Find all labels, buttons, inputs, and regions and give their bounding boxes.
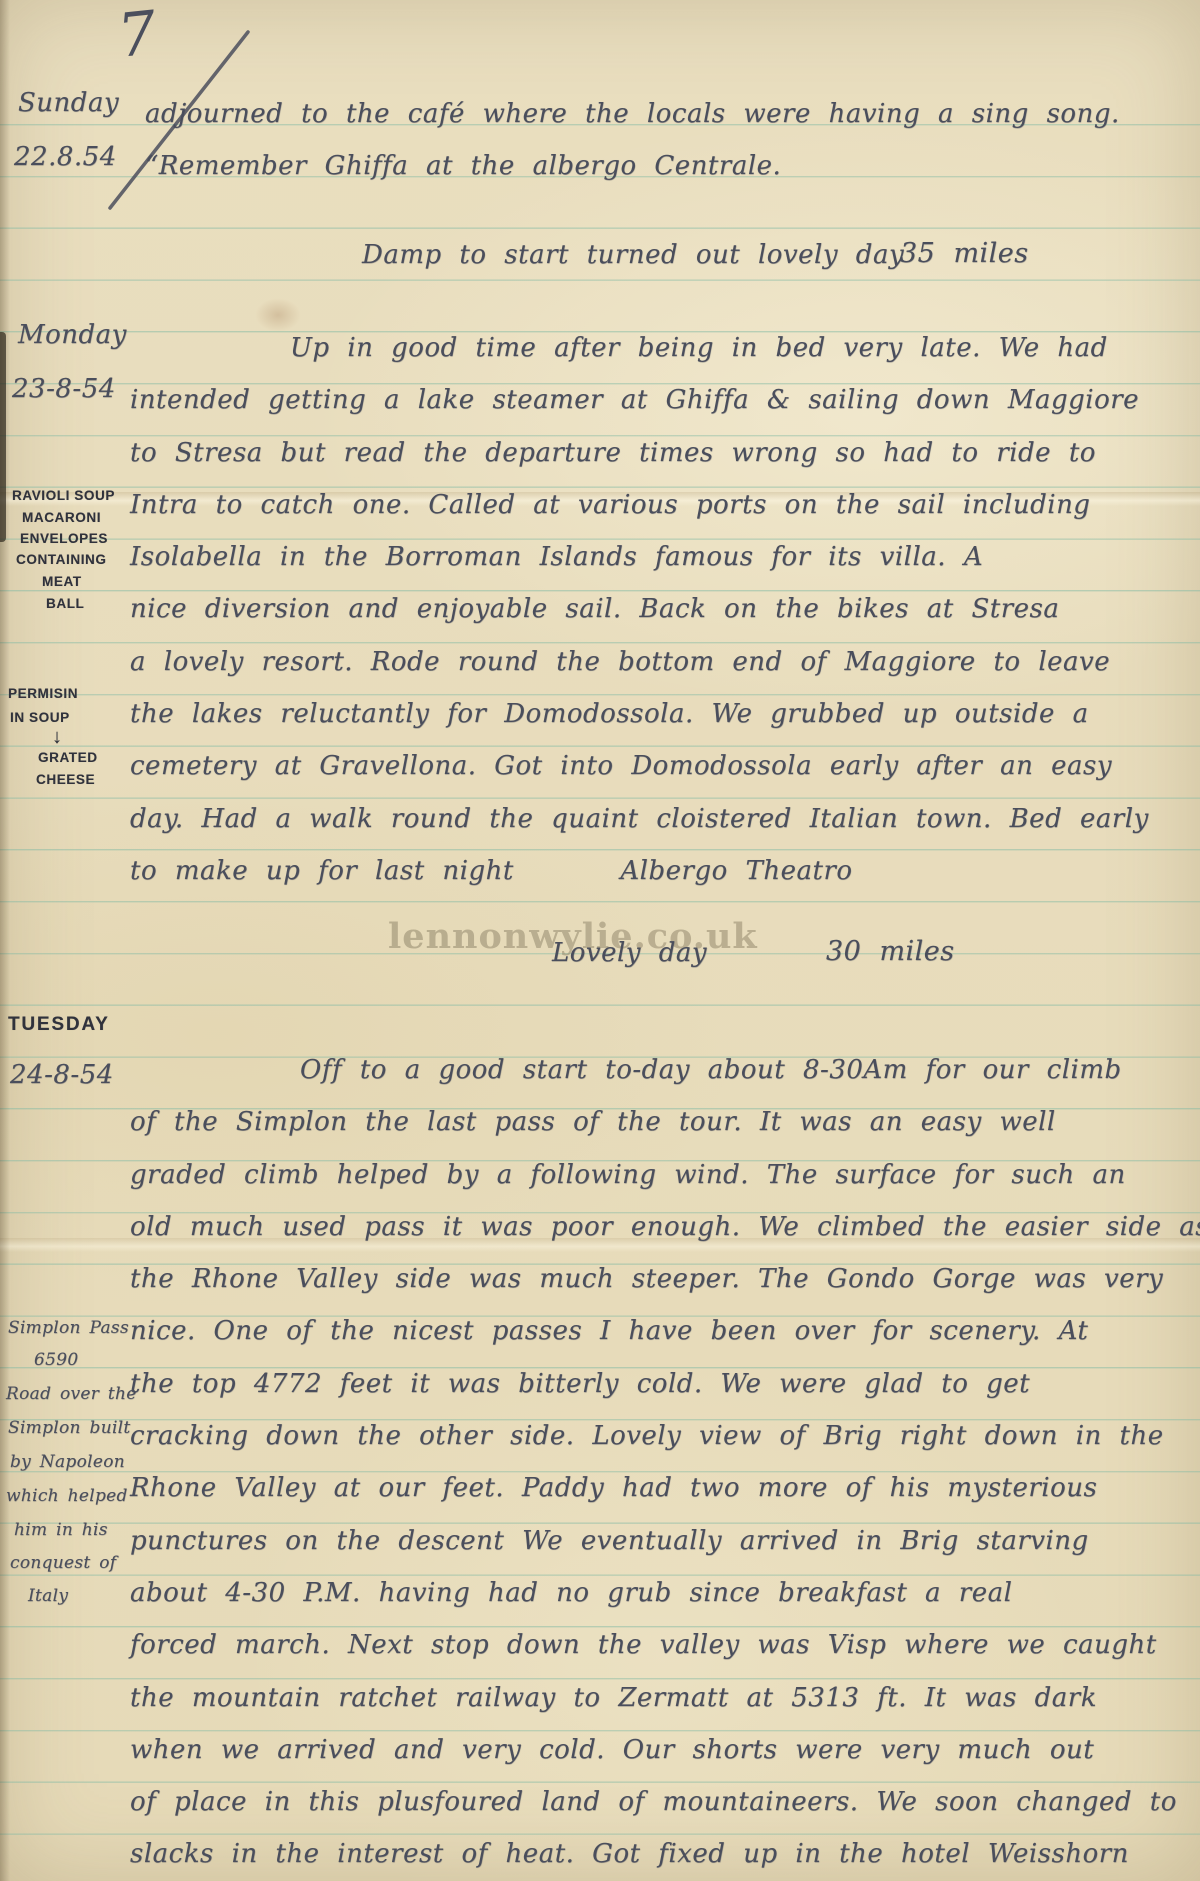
margin-note-line: MACARONI xyxy=(22,510,101,525)
diary-line: old much used pass it was poor enough. W… xyxy=(130,1201,1200,1253)
scan-edge-shadow xyxy=(0,0,10,1881)
margin-note-line: Simplon built xyxy=(8,1418,131,1438)
margin-note-line: CONTAINING xyxy=(16,552,107,567)
diary-line: the lakes reluctantly for Domodossola. W… xyxy=(130,688,1149,740)
date-label: 23-8-54 xyxy=(12,374,116,404)
diary-line: of the Simplon the last pass of the tour… xyxy=(130,1096,1200,1148)
diary-line: Rhone Valley at our feet. Paddy had two … xyxy=(130,1462,1200,1514)
margin-note-line: by Napoleon xyxy=(10,1452,125,1472)
margin-note-line: conquest of xyxy=(10,1553,116,1573)
margin-note-line: Simplon Pass xyxy=(8,1318,129,1338)
margin-note-line: RAVIOLI SOUP xyxy=(12,488,115,503)
margin-note-line: him in his xyxy=(14,1520,108,1540)
diary-line: “Remember Ghiffa at the albergo Centrale… xyxy=(145,140,1120,192)
weather-summary: Damp to start turned out lovely day xyxy=(362,240,904,270)
margin-note-line: BALL xyxy=(46,596,84,611)
entry-body: Off to a good start to-day about 8-30Am … xyxy=(130,1044,1200,1881)
diary-line: slacks in the interest of heat. Got fixe… xyxy=(130,1828,1200,1880)
margin-note-line: CHEESE xyxy=(36,772,95,787)
diary-page: 7 lennonwylie.co.uk Sunday 22.8.54 adjou… xyxy=(0,0,1200,1881)
diary-line: about 4-30 P.M. having had no grub since… xyxy=(130,1567,1200,1619)
diary-line: intended getting a lake steamer at Ghiff… xyxy=(130,374,1149,426)
margin-note-line: 6590 xyxy=(34,1350,78,1370)
diary-line: cemetery at Gravellona. Got into Domodos… xyxy=(130,740,1149,792)
margin-note-line: PERMISIN xyxy=(8,686,78,701)
diary-line: of place in this plusfoured land of moun… xyxy=(130,1776,1200,1828)
margin-note-line: Italy xyxy=(28,1586,68,1606)
margin-note-line: Road over the xyxy=(6,1384,137,1404)
diary-line: forced march. Next stop down the valley … xyxy=(130,1619,1200,1671)
diary-line: the Rhone Valley side was much steeper. … xyxy=(130,1253,1200,1305)
mileage: 35 miles xyxy=(900,238,1029,269)
weather-summary: Lovely day xyxy=(552,938,707,968)
diary-line: adjourned to the café where the locals w… xyxy=(145,88,1120,140)
diary-line: Isolabella in the Borroman Islands famou… xyxy=(130,531,1149,583)
mileage: 30 miles xyxy=(826,936,955,967)
diary-line: the top 4772 feet it was bitterly cold. … xyxy=(130,1358,1200,1410)
diary-line: to make up for last night Albergo Theatr… xyxy=(130,845,1149,897)
date-label: 22.8.54 xyxy=(14,142,117,172)
date-label: 24-8-54 xyxy=(10,1060,114,1090)
margin-note-line: ENVELOPES xyxy=(20,531,108,546)
diary-line: a lovely resort. Rode round the bottom e… xyxy=(130,636,1149,688)
diary-line: day. Had a walk round the quaint cloiste… xyxy=(130,793,1149,845)
diary-line: punctures on the descent We eventually a… xyxy=(130,1515,1200,1567)
margin-note-line: MEAT xyxy=(42,574,82,589)
diary-line: Up in good time after being in bed very … xyxy=(130,322,1149,374)
diary-line: the mountain ratchet railway to Zermatt … xyxy=(130,1672,1200,1724)
entry-body: adjourned to the café where the locals w… xyxy=(145,88,1120,193)
margin-note-line: which helped xyxy=(6,1486,128,1506)
margin-note-line: GRATED xyxy=(38,750,98,765)
diary-line: nice. One of the nicest passes I have be… xyxy=(130,1305,1200,1357)
diary-line: graded climb helped by a following wind.… xyxy=(130,1149,1200,1201)
diary-line: when we arrived and very cold. Our short… xyxy=(130,1724,1200,1776)
scan-edge-sliver xyxy=(0,332,6,542)
day-label: Monday xyxy=(18,320,127,350)
entry-body: Up in good time after being in bed very … xyxy=(130,322,1149,897)
diary-line: Off to a good start to-day about 8-30Am … xyxy=(130,1044,1200,1096)
diary-line: cracking down the other side. Lovely vie… xyxy=(130,1410,1200,1462)
day-label: TUESDAY xyxy=(8,1014,110,1036)
diary-line: Intra to catch one. Called at various po… xyxy=(130,479,1149,531)
corner-tick-mark: 7 xyxy=(114,0,159,72)
day-label: Sunday xyxy=(18,88,119,118)
diary-line: nice diversion and enjoyable sail. Back … xyxy=(130,583,1149,635)
diary-line: to Stresa but read the departure times w… xyxy=(130,427,1149,479)
margin-note-line: IN SOUP xyxy=(10,710,70,725)
arrow-down-icon: ↓ xyxy=(52,726,63,749)
